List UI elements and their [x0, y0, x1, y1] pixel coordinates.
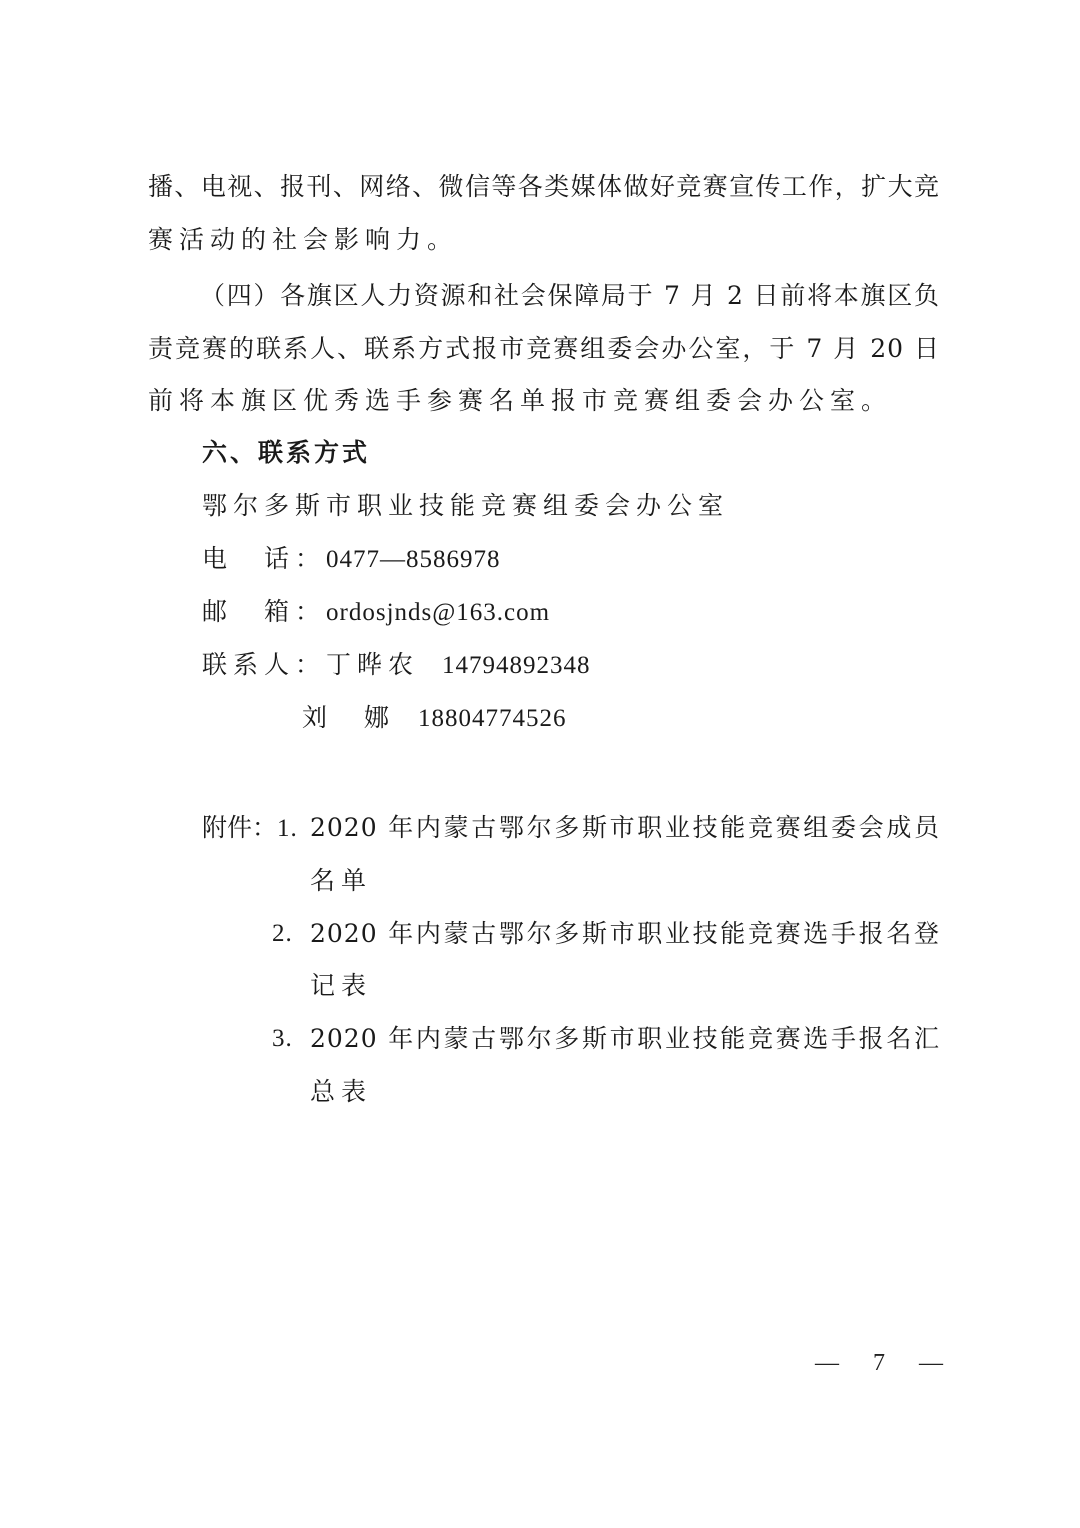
section-heading: 六、联系方式: [202, 438, 370, 468]
paragraph-line: （四）各旗区人力资源和社会保障局于 7 月 2 日前将本旗区负: [200, 281, 940, 311]
contact-name: 丁晔农: [326, 650, 442, 680]
contact-phone: 14794892348: [442, 652, 591, 679]
attachment-title: 2020 年内蒙古鄂尔多斯市职业技能竞赛组委会成员: [310, 813, 940, 843]
attachment-item: 附件：1.: [202, 813, 298, 844]
contact-name: 刘 娜: [302, 703, 418, 733]
paragraph-line: 责竞赛的联系人、联系方式报市竞赛组委会办公室，于 7 月 20 日: [148, 334, 940, 364]
contact-label: 联系人：: [202, 650, 326, 680]
attachment-title-cont: 名单: [310, 866, 372, 896]
contact-phone: 18804774526: [418, 705, 567, 732]
attachment-title: 2020 年内蒙古鄂尔多斯市职业技能竞赛选手报名汇: [310, 1024, 940, 1054]
attachment-title: 2020 年内蒙古鄂尔多斯市职业技能竞赛选手报名登: [310, 919, 940, 949]
phone-value: 0477—8586978: [326, 546, 501, 573]
email-label: 邮 箱：: [202, 597, 326, 627]
paragraph-line: 播、电视、报刊、网络、微信等各类媒体做好竞赛宣传工作，扩大竞: [148, 172, 940, 202]
paragraph-line: 赛活动的社会影响力。: [148, 225, 458, 255]
email-value[interactable]: ordosjnds@163.com: [326, 599, 550, 626]
attachment-title-cont: 总表: [310, 1077, 372, 1107]
attachment-title-cont: 记表: [310, 971, 372, 1001]
email-row: 邮 箱：ordosjnds@163.com: [202, 597, 550, 628]
phone-row: 电 话：0477—8586978: [202, 544, 501, 575]
contact-row: 联系人：丁晔农14794892348: [202, 650, 591, 681]
attachment-number: 3.: [272, 1024, 293, 1054]
phone-label: 电 话：: [202, 544, 326, 574]
attachment-number: 1.: [277, 815, 298, 842]
paragraph-line: 前将本旗区优秀选手参赛名单报市竞赛组委会办公室。: [148, 386, 892, 416]
attachment-number: 2.: [272, 919, 293, 949]
office-name: 鄂尔多斯市职业技能竞赛组委会办公室: [202, 491, 729, 521]
page-number: — 7 —: [815, 1348, 957, 1378]
contact-row: 刘 娜18804774526: [302, 703, 567, 734]
attachments-label: 附件：: [202, 813, 277, 843]
